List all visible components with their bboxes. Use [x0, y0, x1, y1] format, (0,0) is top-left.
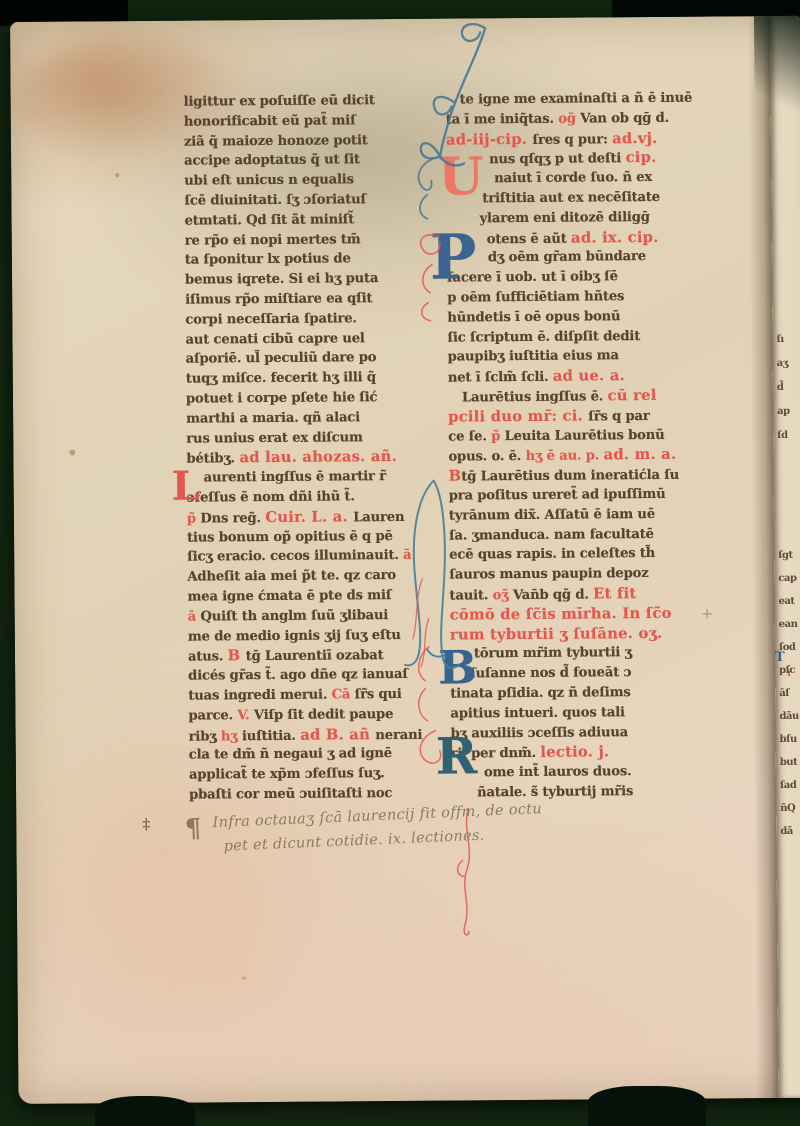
gothic-text: rus unius erat ex diſcum — [186, 430, 363, 446]
text-line: Adheſit aia mei p̃t te. qz caro — [187, 566, 431, 588]
text-line: ſa. ʒmanduca. nam facultatē — [449, 524, 741, 546]
text-line: ſic ſcriptum ē. diſpſit dedit — [447, 326, 739, 348]
initial-U: U — [438, 151, 484, 203]
text-line: pcili duo mr̃: ci. ſr̃s q par — [448, 405, 740, 427]
gothic-text: nerani — [375, 727, 422, 742]
text-line: p oēm ſufficiētiam hñtes — [447, 286, 739, 308]
rubric-text: hʒ ē au. p. — [526, 449, 604, 465]
gothic-text: potuet i corpe pſete hie ſić — [186, 390, 378, 407]
gothic-text: Van̄b qḡ d. — [513, 587, 593, 603]
rubric-text: cip. — [625, 149, 656, 166]
text-line: hūndetis ī oē opus bonū — [447, 306, 739, 328]
marginal-note-line: Infra octauaʒ ſcā laurencij fit offm, de… — [212, 801, 542, 831]
text-line: paupibʒ iuſtitia eius ma — [448, 346, 740, 368]
text-line: accipe adoptatus q̃ ut ſit — [184, 150, 428, 172]
text-line: bétibʒ. ad lau. ahozas. añ. — [186, 447, 430, 469]
gothic-text: tḡ Laurentiī ozabat — [246, 648, 384, 664]
text-line: tinata pſidia. qz ñ deſims — [450, 682, 742, 704]
gothic-text: tuqʒ miſce. fecerit hʒ illi q̃ — [186, 370, 376, 386]
text-line: bemus iqrete. Si ei hʒ puta — [185, 269, 429, 291]
initial-P: P — [430, 226, 477, 288]
gothic-text: Leuita Laurētius bonũ — [504, 427, 664, 443]
gothic-text: ſr̃s q par — [588, 409, 649, 424]
gothic-text: ſa. ʒmanduca. nam facultatē — [449, 526, 654, 543]
rubric-text: oʒ̃ — [493, 588, 513, 603]
rubric-text: ad.vj. — [612, 130, 658, 147]
text-line: aſporiē. ul̃ peculiũ dare po — [186, 348, 430, 370]
text-line: naiut ī corde ſuo. ñ ex — [446, 167, 738, 189]
top-right-shadow — [754, 16, 800, 136]
text-line: ligittur ex poſuiſſe eũ dicit — [184, 91, 428, 113]
gothic-text: ſuſanne nos d̃ foueāt ɔ — [470, 665, 631, 681]
margin-cross-mark: ‡ — [142, 815, 150, 833]
cradle-clamp-shadow-left — [95, 1096, 195, 1126]
text-line: honorificabit eũ pat̃ miſ — [184, 111, 428, 133]
text-line: pra poſitus ureret̃ ad ipuſſimū — [449, 484, 741, 506]
edge-text-fragment: ſd — [777, 430, 787, 441]
rubric-text: hʒ — [221, 729, 242, 744]
text-line: etmtati. Qd ſit ãt miniſt̃ — [184, 210, 428, 232]
cradle-clamp-shadow-right — [588, 1086, 706, 1126]
gothic-text: tuas ingredi merui. — [188, 687, 331, 703]
text-line: ſauros manus paupin depoz — [449, 563, 741, 585]
text-line: atus. B tḡ Laurentiī ozabat — [188, 645, 432, 667]
text-line: rus unius erat ex diſcum — [186, 427, 430, 449]
edge-text-fragment: T — [775, 650, 784, 665]
text-line: ce ſe. p̃ Leuita Laurētius bonũ — [448, 425, 740, 447]
gothic-text: ñatale. s̃ tyburtij mr̃is — [477, 784, 633, 800]
decorated-initials: LUPBR — [10, 16, 800, 22]
gothic-text: nus qſqʒ p ut deſti — [489, 152, 626, 168]
text-line: ɔfeſſus ē nom dñi ihũ t̃. — [187, 487, 431, 509]
edge-text-fragment: ſad — [780, 780, 796, 791]
text-line: triſtitia aut ex necēſitate — [446, 187, 738, 209]
rubric-text: B — [449, 468, 462, 485]
rubric-text: pcili duo mr̃: ci. — [448, 407, 588, 425]
gothic-text: ta ſponitur lx potius de — [185, 252, 351, 268]
text-line: ziã q̃ maioze honoze potit — [184, 130, 428, 152]
gothic-text: pbaſti cor meũ ɔuiſitaſti noc — [189, 786, 392, 803]
gothic-text: ubi eſt unicus n equalis — [184, 172, 354, 188]
rubric-text: cōmō de ſc̃is mīrha. In ſc̃o — [450, 605, 672, 624]
gothic-text: mea igne ćmata ē pte ds miſ — [187, 588, 391, 605]
edge-text-fragment: āſ — [779, 688, 789, 699]
gothic-text: aurenti ingſſus ē martir r̃ — [204, 469, 386, 485]
ink-speck — [69, 449, 75, 455]
text-line: marthi a maria. qñ alaci — [186, 407, 430, 429]
text-line: aut cenati cibũ capre uel — [185, 328, 429, 350]
gothic-text: ſicʒ eracio. cecos illuminauit. — [187, 548, 403, 565]
gothic-text: ſr̃s qui — [355, 687, 402, 702]
text-line: tauit. oʒ̃ Van̄b qḡ d. Et fit — [449, 583, 741, 605]
edge-text-fragment: eat — [779, 596, 795, 607]
text-line: rum tyburtii ʒ ſuſāne. oʒ. — [450, 623, 742, 645]
edge-text-fragment: ñQ — [780, 803, 795, 814]
rubric-text: oḡ — [558, 111, 580, 126]
gothic-text: atus. — [188, 650, 228, 665]
gothic-text: ſcē diuinitati. ſʒ ɔſoriatuſ — [184, 192, 366, 208]
gothic-text: ſres q pur: — [532, 132, 612, 148]
rubric-text: ad. ix. cip. — [571, 228, 659, 246]
rubric-text: ad lau. ahozas. añ. — [239, 448, 397, 466]
text-line: opus. o. ē. hʒ ē au. p. ad. m. a. — [448, 445, 740, 467]
edge-text-fragment: aʒ — [777, 358, 788, 369]
gothic-text: ecē quas rapis. in celeſtes th̃ — [449, 546, 655, 563]
text-line: ad-iij-cip. ſres q pur: ad.vj. — [446, 128, 738, 150]
gothic-text: ylarem eni ditozē diligḡ — [479, 210, 649, 226]
text-line: ri. per dnm̃. lectio. j. — [451, 742, 743, 764]
rubric-text: ā — [403, 548, 411, 563]
text-line: cōmō de ſc̃is mīrha. In ſc̃o — [450, 603, 742, 625]
initial-L: L — [171, 467, 199, 507]
edge-text-fragment: ap — [777, 406, 790, 417]
faint-margin-cross: + — [701, 604, 714, 622]
text-line: parce. V. Viſp ſit dedit paupe — [188, 704, 432, 726]
gothic-text: ſic ſcriptum ē. diſpſit dedit — [447, 329, 640, 346]
text-line: Btḡ Laurētius dum ineratićla ſu — [449, 464, 741, 486]
gothic-text: tōrum mr̃im tyburtii ʒ — [474, 645, 632, 661]
rubric-text: ad ue. a. — [553, 367, 625, 385]
text-line: corpi neceſſaria ſpatire. — [185, 308, 429, 330]
text-line: ſuſanne nos d̃ foueāt ɔ — [450, 662, 742, 684]
gothic-text: accipe adoptatus q̃ ut ſit — [184, 153, 360, 169]
gothic-text: iuſtitia. — [242, 728, 300, 743]
marginal-note-line: pet et dicunt cotidie. ix. lectiones. — [223, 828, 485, 855]
gothic-text: triſtitia aut ex necēſitate — [482, 190, 660, 206]
gothic-text: aſporiē. ul̃ peculiũ dare po — [186, 350, 377, 366]
gothic-text: etmtati. Qd ſit ãt miniſt̃ — [185, 212, 355, 228]
gothic-text: Laurētius ingſſus ē. — [462, 389, 608, 405]
initial-R: R — [436, 731, 478, 781]
text-line: aurenti ingſſus ē martir r̃ — [187, 467, 431, 489]
rubric-text: Et fit — [593, 585, 636, 602]
text-line: re rp̃o ei nopi mertes tm̃ — [185, 229, 429, 251]
gothic-text: apitius intueri. quos tali — [450, 705, 624, 721]
text-line: Laurētius ingſſus ē. cū rel — [448, 385, 740, 407]
rubric-text: ā — [188, 609, 201, 624]
text-line: me de medio ignis ʒij ſuʒ eſtu — [188, 625, 432, 647]
text-line: pbaſti cor meũ ɔuiſitaſti noc — [189, 784, 433, 806]
gothic-text: iſimus rp̃o miſtiare ea qſit — [185, 291, 372, 307]
rubric-text: p̃ — [187, 511, 201, 526]
gothic-text: me de medio ignis ʒij ſuʒ eſtu — [188, 627, 401, 644]
gothic-text: dicés gr̃as t̃. ago dñe qz ianuaſ — [188, 667, 408, 684]
text-line: ylarem eni ditozē diligḡ — [446, 207, 738, 229]
edge-text-fragment: d̃ — [777, 382, 784, 393]
text-line: bʒ auxiliis ɔceſſis adiuua — [451, 722, 743, 744]
gothic-text: pra poſitus ureret̃ ad ipuſſimū — [449, 487, 666, 504]
gothic-text: tḡ Laurētius dum ineratićla ſu — [461, 468, 679, 485]
gothic-text: tius bonum op̃ opitius ē q pē — [187, 529, 393, 546]
rubric-text: V. — [237, 708, 254, 723]
gothic-text: cla te dm̃ ñ negaui ʒ ad ignē — [189, 746, 392, 763]
text-line: mea igne ćmata ē pte ds miſ — [187, 586, 431, 608]
rubric-text: Cā — [332, 687, 355, 702]
text-line: ome int̃ lauros duos. — [451, 761, 743, 783]
text-line: net ī ſclm̃ ſcli. ad ue. a. — [448, 365, 740, 387]
text-line: tuqʒ miſce. fecerit hʒ illi q̃ — [186, 368, 430, 390]
gothic-text: tauit. — [449, 588, 492, 603]
rubric-text: B — [228, 647, 246, 664]
gothic-text: paupibʒ iuſtitia eius ma — [448, 349, 619, 365]
edge-text-fragment: dãu — [779, 711, 798, 722]
text-line: facere ī uob. ut ī oibʒ ſē — [447, 266, 739, 288]
gothic-text: tinata pſidia. qz ñ deſims — [450, 685, 630, 701]
text-line: cla te dm̃ ñ negaui ʒ ad ignē — [189, 744, 433, 766]
gothic-text: bemus iqrete. Si ei hʒ puta — [185, 271, 378, 288]
gothic-text: ribʒ — [189, 729, 221, 744]
edge-text-fragment: ean — [779, 619, 798, 630]
text-column-left: ligittur ex poſuiſſe eũ dicithonorificab… — [184, 91, 434, 806]
text-line: tius bonum op̃ opitius ē q pē — [187, 526, 431, 548]
text-line: ecē quas rapis. in celeſtes th̃ — [449, 544, 741, 566]
initial-B: B — [438, 644, 477, 690]
rubric-text: ad. m. a. — [603, 446, 676, 464]
text-line: nus qſqʒ p ut deſti cip. — [446, 148, 738, 170]
text-line: ſicʒ eracio. cecos illuminauit. ā — [187, 546, 431, 568]
gothic-text: ligittur ex poſuiſſe eũ dicit — [184, 93, 375, 110]
rubric-text: rum tyburtii ʒ ſuſāne. oʒ. — [450, 624, 663, 643]
rubric-text: cū rel — [607, 387, 656, 404]
edge-text-fragment: bſu — [780, 734, 797, 745]
rubric-text: lectio. j. — [540, 744, 609, 762]
gothic-text: ome int̃ lauros duos. — [484, 764, 632, 780]
text-line: ñatale. s̃ tyburtij mr̃is — [451, 781, 743, 803]
gothic-text: ce ſe. — [448, 429, 491, 444]
text-line: p̃ Dns reg̃. Cuir. L. a. Lauren — [187, 506, 431, 528]
edge-text-fragment: ſı — [776, 334, 783, 345]
gothic-text: Quiſt th anglm ſuũ ʒlibaui — [200, 608, 388, 624]
gothic-text: ta ī me iniq̃tas. — [446, 111, 559, 127]
text-line: ſcē diuinitati. ſʒ ɔſoriatuſ — [184, 190, 428, 212]
gothic-text: ſauros manus paupin depoz — [449, 566, 648, 583]
gothic-text: honorificabit eũ pat̃ miſ — [184, 113, 356, 129]
text-line: tōrum mr̃im tyburtii ʒ — [450, 643, 742, 665]
text-column-right: te igne me examinaſti a ñ ē inuēta ī me … — [446, 88, 744, 803]
text-line: applicat̃ te xp̃m ɔfeſſus ſuʒ. — [189, 764, 433, 786]
paraph-mark: ¶ — [184, 814, 202, 845]
gothic-text: re rp̃o ei nopi mertes tm̃ — [185, 232, 361, 248]
gothic-text: Dns reg̃. — [200, 511, 265, 527]
rubric-text: ad B. añ — [300, 726, 375, 744]
text-line: apitius intueri. quos tali — [450, 702, 742, 724]
gothic-text: naiut ī corde ſuo. ñ ex — [494, 170, 652, 186]
text-line: ā Quiſt th anglm ſuũ ʒlibaui — [188, 605, 432, 627]
gothic-text: te igne me examinaſti a ñ ē inuē — [460, 91, 693, 108]
text-line: tyrānum dix̃. Aſſatū ē iam uē — [449, 504, 741, 526]
rubric-text: p̃ — [491, 429, 505, 444]
gothic-text: parce. — [188, 708, 237, 723]
gothic-text: hūndetis ī oē opus bonū — [447, 309, 620, 325]
edge-text-fragment: ſgt — [778, 550, 793, 561]
edge-text-fragment: dã — [780, 826, 793, 837]
text-line: otens ē aũt ad. ix. cip. — [447, 227, 739, 249]
gothic-text: ɔfeſſus ē nom dñi ihũ t̃. — [187, 489, 355, 505]
edge-text-fragment: pſc — [779, 665, 795, 676]
gothic-text: Adheſit aia mei p̃t te. qz caro — [187, 568, 396, 585]
gothic-text: marthi a maria. qñ alaci — [186, 410, 360, 426]
ink-speck — [242, 976, 247, 980]
parchment-page: ligittur ex poſuiſſe eũ dicithonorificab… — [10, 16, 800, 1104]
gothic-text: tyrānum dix̃. Aſſatū ē iam uē — [449, 507, 655, 524]
text-line: ubi eſt unicus n equalis — [184, 170, 428, 192]
text-line: dʒ oēm gr̃am būndare — [447, 247, 739, 269]
gothic-text: aut cenati cibũ capre uel — [185, 331, 364, 347]
text-line: ta ī me iniq̃tas. oḡ Van ob qḡ d. — [446, 108, 738, 130]
gothic-text: applicat̃ te xp̃m ɔfeſſus ſuʒ. — [189, 766, 385, 783]
gothic-text: net ī ſclm̃ ſcli. — [448, 370, 553, 386]
gothic-text: ziã q̃ maioze honoze potit — [184, 133, 368, 149]
ink-speck — [115, 173, 119, 177]
edge-text-fragment: but — [780, 757, 797, 768]
gothic-text: corpi neceſſaria ſpatire. — [185, 311, 357, 327]
rubric-text: Cuir. L. a. — [265, 508, 353, 526]
text-line: ribʒ hʒ iuſtitia. ad B. añ nerani — [189, 724, 433, 746]
gothic-text: otens ē aũt — [487, 231, 571, 247]
gothic-text: opus. o. ē. — [448, 449, 525, 465]
text-line: dicés gr̃as t̃. ago dñe qz ianuaſ — [188, 665, 432, 687]
gothic-text: Van ob qḡ d. — [580, 111, 669, 127]
edge-text-fragment: cap — [778, 573, 796, 584]
text-line: ta ſponitur lx potius de — [185, 249, 429, 271]
text-line: potuet i corpe pſete hie ſić — [186, 388, 430, 410]
manuscript-photo: { "artifact": { "type": "medieval-manusc… — [0, 0, 800, 1126]
gothic-text: Lauren — [353, 510, 404, 525]
text-line: tuas ingredi merui. Cā ſr̃s qui — [188, 685, 432, 707]
text-line: te igne me examinaſti a ñ ē inuē — [446, 88, 738, 110]
gothic-text: dʒ oēm gr̃am būndare — [488, 249, 646, 265]
gothic-text: Viſp ſit dedit paupe — [254, 707, 393, 723]
text-line: iſimus rp̃o miſtiare ea qſit — [185, 289, 429, 311]
